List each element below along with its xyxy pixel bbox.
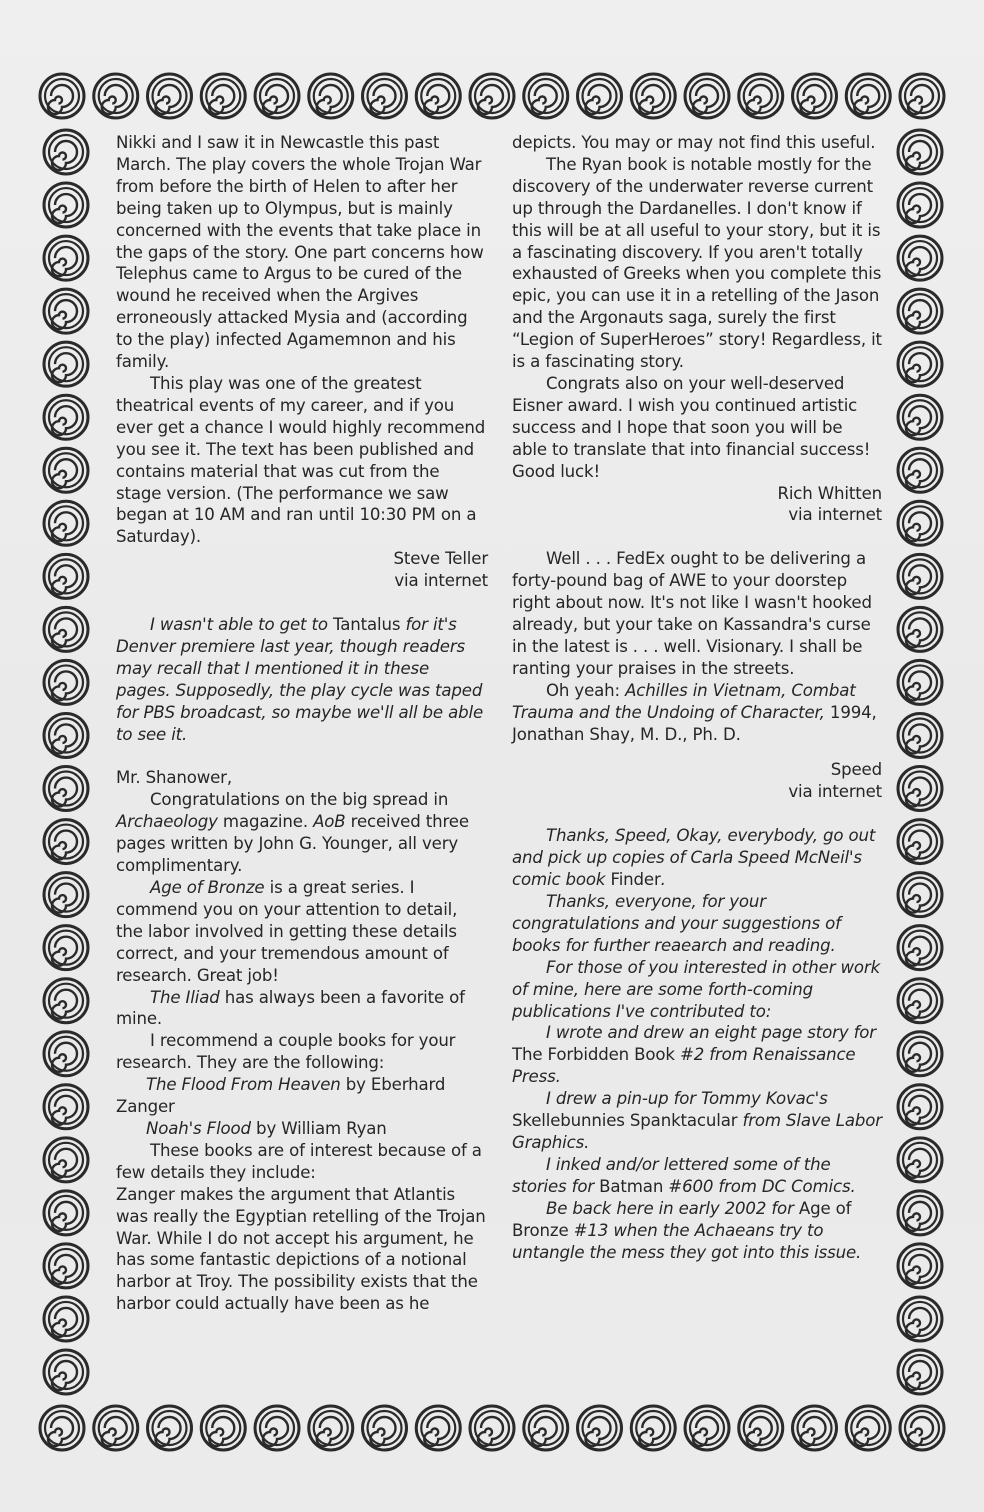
signature-name: Steve Teller: [116, 548, 488, 570]
editor-reply: I drew a pin-up for Tommy Kovac's Skelle…: [512, 1088, 882, 1154]
editor-reply: I wrote and drew an eight page story for…: [512, 1022, 882, 1088]
letter-paragraph: I recommend a couple books for your rese…: [116, 1030, 488, 1074]
letter-paragraph: These books are of interest because of a…: [116, 1140, 488, 1184]
letter-paragraph: Age of Bronze is a great series. I comme…: [116, 877, 488, 987]
salutation: Mr. Shanower,: [116, 767, 488, 789]
letter-paragraph: Congrats also on your well-deserved Eisn…: [512, 373, 882, 483]
signature-via: via internet: [512, 781, 882, 803]
letter-paragraph: The Iliad has always been a favorite of …: [116, 987, 488, 1031]
editor-reply: For those of you interested in other wor…: [512, 957, 882, 1023]
comic-letters-page: Nikki and I saw it in Newcastle this pas…: [0, 0, 984, 1512]
letter-paragraph: The Ryan book is notable mostly for the …: [512, 154, 882, 373]
book-reference: The Flood From Heaven by Eberhard Zanger: [116, 1074, 488, 1118]
editor-reply: I wasn't able to get to Tantalus for it'…: [116, 614, 488, 745]
editor-reply: Thanks, Speed, Okay, everybody, go out a…: [512, 825, 882, 891]
letter-paragraph: Congratulations on the big spread in Arc…: [116, 789, 488, 877]
editor-reply: I inked and/or lettered some of the stor…: [512, 1154, 882, 1198]
book-reference: Noah's Flood by William Ryan: [116, 1118, 488, 1140]
signature-name: Speed: [512, 759, 882, 781]
editor-reply: Be back here in early 2002 for Age of Br…: [512, 1198, 882, 1264]
letter-paragraph: Nikki and I saw it in Newcastle this pas…: [116, 132, 488, 373]
letter-paragraph: Oh yeah: Achilles in Vietnam, Combat Tra…: [512, 680, 882, 746]
right-column: depicts. You may or may not find this us…: [512, 132, 882, 1263]
letter-paragraph: Zanger makes the argument that Atlantis …: [116, 1184, 488, 1315]
letter-paragraph: depicts. You may or may not find this us…: [512, 132, 882, 154]
letter-paragraph: Well . . . FedEx ought to be delivering …: [512, 548, 882, 679]
editor-reply: Thanks, everyone, for your congratulatio…: [512, 891, 882, 957]
signature-via: via internet: [116, 570, 488, 592]
letter-paragraph: This play was one of the greatest theatr…: [116, 373, 488, 548]
left-column: Nikki and I saw it in Newcastle this pas…: [116, 132, 488, 1315]
signature-via: via internet: [512, 504, 882, 526]
signature-name: Rich Whitten: [512, 483, 882, 505]
